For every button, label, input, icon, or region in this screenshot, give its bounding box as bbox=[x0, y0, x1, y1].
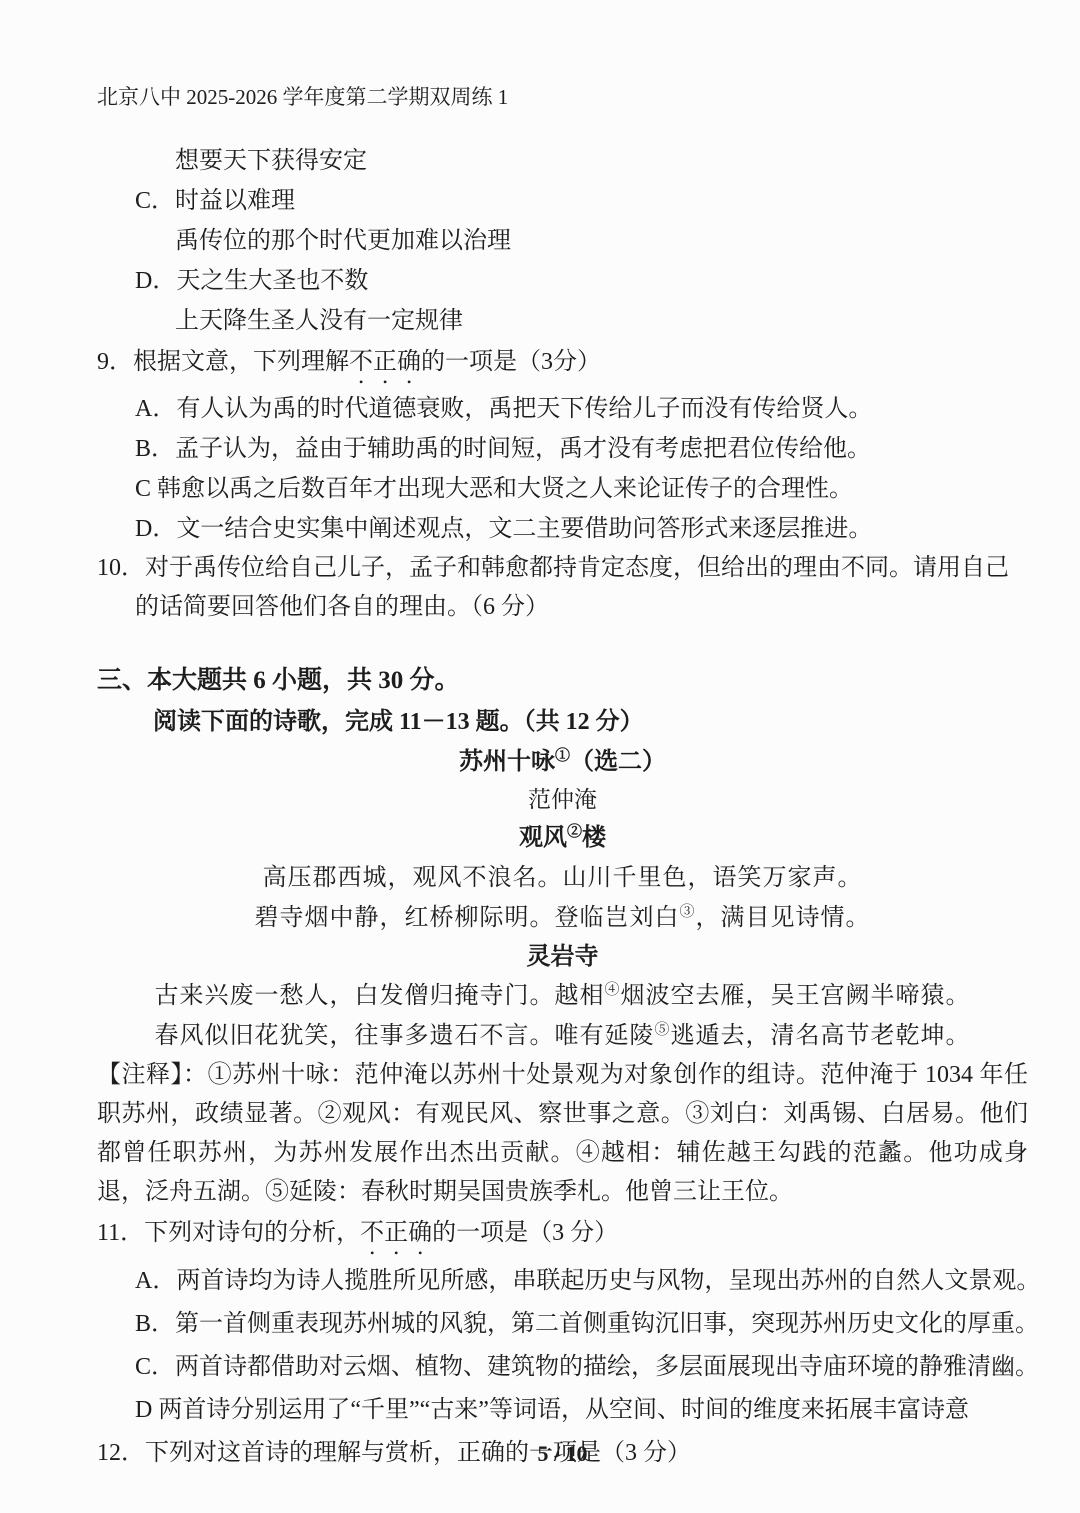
question-11-stem-post: 的一项是（3 分） bbox=[432, 1220, 618, 1246]
footnote-marker-5: ⑤ bbox=[654, 1022, 670, 1038]
poem-author: 范仲淹 bbox=[97, 782, 1028, 818]
poem-2-line-2-post: 逃遁去，清名高节老乾坤。 bbox=[671, 1023, 971, 1049]
poem-1-line-2-pre: 碧寺烟中静，红桥柳际明。登临岂刘白 bbox=[254, 905, 679, 931]
footnote-marker-2: ② bbox=[567, 824, 582, 840]
option-c-translation: 禹传位的那个时代更加难以治理 bbox=[97, 221, 1028, 261]
poem-group-title-suffix: （选二） bbox=[570, 749, 666, 775]
question-11-stem-pre: 11．下列对诗句的分析， bbox=[97, 1220, 360, 1246]
question-9-stem-pre: 9．根据文意，下列理解 bbox=[97, 349, 349, 375]
question-9-option-a: A．有人认为禹的时代道德衰败，禹把天下传给儿子而没有传给贤人。 bbox=[97, 389, 1028, 429]
option-b-translation: 想要天下获得安定 bbox=[97, 141, 1028, 181]
page-number: 5 / 10 bbox=[97, 1441, 1028, 1467]
exam-page: 北京八中 2025-2026 学年度第二学期双周练 1 想要天下获得安定 C．时… bbox=[0, 0, 1080, 1513]
poem-1-title-post: 楼 bbox=[582, 825, 606, 851]
poem-2-line-1: 古来兴废一愁人，白发僧归掩寺门。越相④烟波空去雁，吴王宫阙半啼猿。 bbox=[97, 976, 1028, 1016]
poem-1-line-2-post: ，满目见诗情。 bbox=[696, 905, 871, 931]
question-11-option-b: B．第一首侧重表现苏州城的风貌，第二首侧重钩沉旧事，突现苏州历史文化的厚重。 bbox=[97, 1303, 1028, 1346]
question-11-stem: 11．下列对诗句的分析，不正确的一项是（3 分） bbox=[97, 1212, 1028, 1260]
question-10-text: 10．对于禹传位给自己儿子，孟子和韩愈都持肯定态度，但给出的理由不同。请用自己的… bbox=[97, 549, 1028, 627]
option-c: C．时益以难理 bbox=[97, 181, 1028, 221]
option-d-translation: 上天降生圣人没有一定规律 bbox=[97, 301, 1028, 341]
notes-paragraph: 【注释】：①苏州十咏：范仲淹以苏州十处景观为对象创作的组诗。范仲淹于 1034 … bbox=[97, 1056, 1028, 1212]
poem-2-line-1-post: 烟波空去雁，吴王宫阙半啼猿。 bbox=[621, 983, 971, 1009]
poem-2-line-1-pre: 古来兴废一愁人，白发僧归掩寺门。越相 bbox=[154, 983, 604, 1009]
question-11-option-d: D 两首诗分别运用了“千里”“古来”等词语，从空间、时间的维度来拓展丰富诗意 bbox=[97, 1389, 1028, 1432]
question-9-option-c: C 韩愈以禹之后数百年才出现大恶和大贤之人来论证传子的合理性。 bbox=[97, 469, 1028, 509]
poem-2-line-2-pre: 春风似旧花犹笑，往事多遗石不言。唯有延陵 bbox=[154, 1023, 654, 1049]
poem-group-title-text: 苏州十咏 bbox=[459, 749, 555, 775]
poem-group-title: 苏州十咏①（选二） bbox=[97, 742, 1028, 782]
footnote-marker-4: ④ bbox=[604, 982, 620, 998]
question-9-stem-post: 的一项是（3分） bbox=[421, 349, 601, 375]
poem-2-line-2: 春风似旧花犹笑，往事多遗石不言。唯有延陵⑤逃遁去，清名高节老乾坤。 bbox=[97, 1016, 1028, 1056]
question-9-option-b: B．孟子认为，益由于辅助禹的时间短，禹才没有考虑把君位传给他。 bbox=[97, 429, 1028, 469]
question-9-option-d: D．文一结合史实集中阐述观点，文二主要借助问答形式来逐层推进。 bbox=[97, 509, 1028, 549]
footnote-marker-1: ① bbox=[555, 748, 570, 764]
question-9-stem-emphasis: 不正确 bbox=[349, 349, 421, 375]
poem-1-line-1: 高压郡西城，观风不浪名。山川千里色，语笑万家声。 bbox=[97, 858, 1028, 898]
question-11-option-a: A．两首诗均为诗人揽胜所见所感，串联起历史与风物，呈现出苏州的自然人文景观。 bbox=[97, 1260, 1028, 1303]
footnote-marker-3: ③ bbox=[679, 904, 695, 920]
poem-2-title: 灵岩寺 bbox=[97, 938, 1028, 976]
question-11-stem-emphasis: 不正确 bbox=[360, 1220, 432, 1246]
poem-1-title-pre: 观风 bbox=[519, 825, 567, 851]
option-d: D．天之生大圣也不数 bbox=[97, 261, 1028, 301]
question-11-option-c: C．两首诗都借助对云烟、植物、建筑物的描绘，多层面展现出寺庙环境的静雅清幽。 bbox=[97, 1346, 1028, 1389]
poem-1-line-2: 碧寺烟中静，红桥柳际明。登临岂刘白③，满目见诗情。 bbox=[97, 898, 1028, 938]
reading-intro: 阅读下面的诗歌，完成 11－13 题。（共 12 分） bbox=[97, 702, 1028, 742]
exam-header: 北京八中 2025-2026 学年度第二学期双周练 1 bbox=[97, 84, 1028, 110]
section-3-heading: 三、本大题共 6 小题，共 30 分。 bbox=[97, 660, 1028, 702]
poem-1-title: 观风②楼 bbox=[97, 818, 1028, 858]
question-9-stem: 9．根据文意，下列理解不正确的一项是（3分） bbox=[97, 341, 1028, 389]
